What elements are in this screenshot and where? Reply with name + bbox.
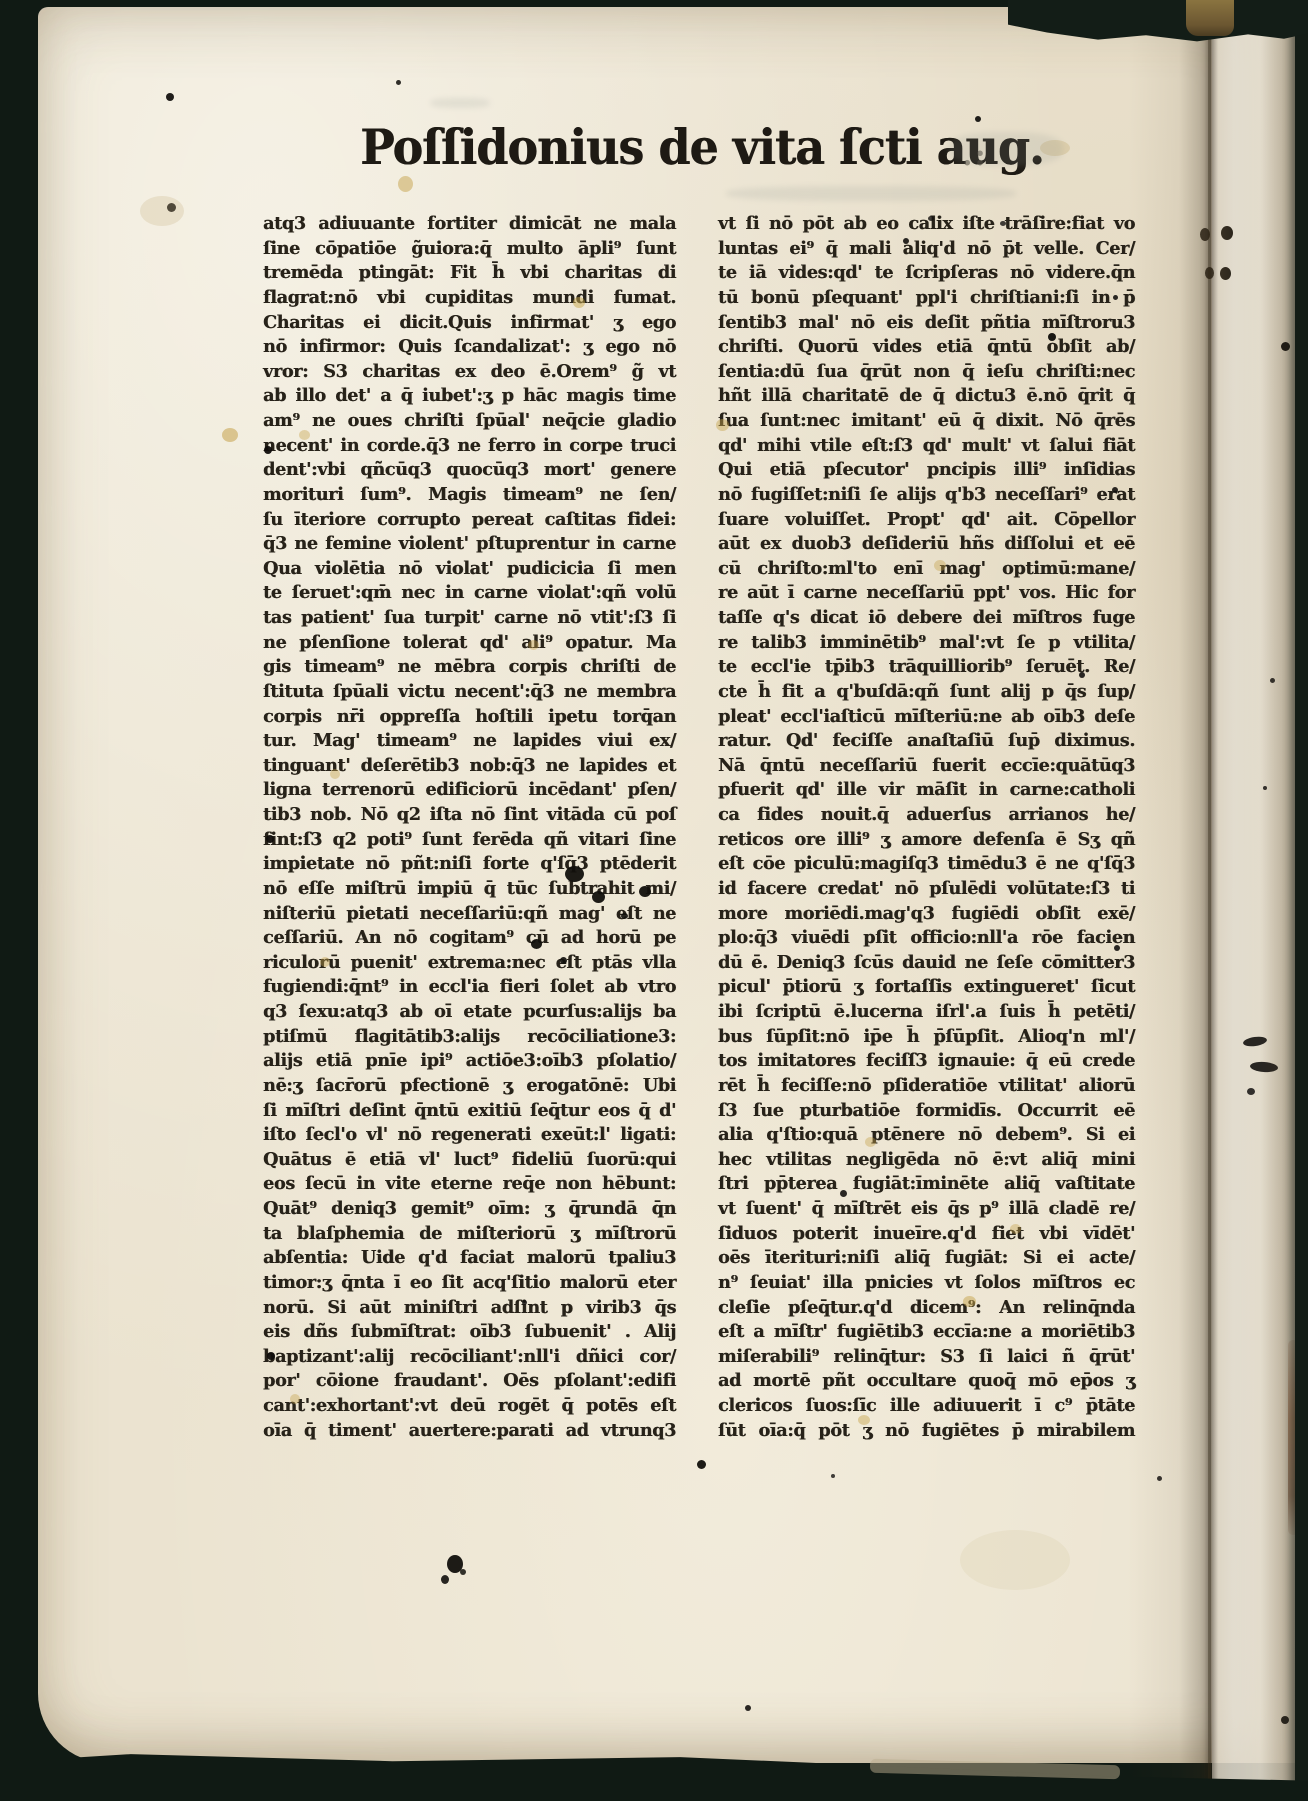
text-line: picul' p̄tiorū ʒ fortaſſis extingueret' … [718, 975, 1135, 1000]
text-line: alijs etiā pnīe ipi⁹ actiōe3:oīb3 pſolat… [263, 1049, 676, 1074]
text-line: eis dñs ſubmīſtrat: oīb3 ſubuenit' . Ali… [263, 1320, 676, 1345]
text-line: abſentia: Uide q'd faciat malorū tpaliu3 [263, 1246, 676, 1271]
text-line: Charitas ei dicit.Quis infirmat' ʒ ego [263, 311, 676, 336]
text-line: ta blaſphemia de miſteriorū ʒ mīſtrorū [263, 1222, 676, 1247]
text-line: Qui etiā pſecutor' pncipis illi⁹ inſidia… [718, 458, 1135, 483]
text-line: eſt cōe piculū:magiſq3 timēdu3 ē ne q'ſq… [718, 852, 1135, 877]
text-line: id facere credat' nō pſulēdi volūtate:ſ3… [718, 877, 1135, 902]
text-line: Qua violētia nō violat' pudicicia ſi men [263, 557, 676, 582]
text-line: clericos ſuos:ſīc ille adiuuerit ī c⁹ p̄… [718, 1394, 1135, 1419]
text-line: cleſie pſeq̄tur.q'd dicem⁹: An relinq̄nd… [718, 1296, 1135, 1321]
text-line: miſerabili⁹ relinq̄tur: S3 ſi laici ñ q̄… [718, 1345, 1135, 1370]
text-line: n⁹ ſeuiat' illa pnicies vt ſolos mīſtros… [718, 1271, 1135, 1296]
text-line: ſu īteriore corrupto pereat caſtitas fid… [263, 508, 676, 533]
text-line: reticos ore illi⁹ ʒ amore defenſa ē Sʒ q… [718, 828, 1135, 853]
page-title: Poſſidonius de vita ſcti aug. [360, 118, 960, 175]
text-line: tas patient' ſua turpit' carne nō vtit':… [263, 606, 676, 631]
text-line: cant':exhortant':vt deū rogēt q̄ potēs e… [263, 1394, 676, 1419]
text-line: timor:ʒ q̄nta ī eo ſit acq'ſitio malorū … [263, 1271, 676, 1296]
text-line: gis timeam⁹ ne mēbra corpis chriſti de [263, 655, 676, 680]
text-line: tur. Mag' timeam⁹ ne lapides viui ex/ [263, 729, 676, 754]
text-line: te eccl'ie tp̄ib3 trāquilliorib⁹ ſeruēt.… [718, 655, 1135, 680]
text-line: vt ſuent' q̄ mīſtrēt eis q̄s p⁹ illā cla… [718, 1197, 1135, 1222]
text-line: dū ē. Deniq3 ſcūs dauid ne ſeſe cōmitter… [718, 951, 1135, 976]
text-line: te ſeruet':qm̄ nec in carne violat':qñ v… [263, 581, 676, 606]
text-line: Nā q̄ntū neceſſariū fuerit eccīe:quātūq3 [718, 754, 1135, 779]
text-line: morituri ſum⁹. Magis timeam⁹ ne ſen/ [263, 483, 676, 508]
text-line: plo:q̄3 viuēdi pſit officio:nll'a rōe fa… [718, 926, 1135, 951]
text-line: pfuerit qd' ille vir māſit in carne:cath… [718, 778, 1135, 803]
text-line: re aūt ī carne neceſſariū ppt' vos. Hic … [718, 581, 1135, 606]
spine-headband [1186, 0, 1234, 36]
text-line: ca fides nouit.q̄ aduerſus arrianos he/ [718, 803, 1135, 828]
text-line: tib3 nob. Nō q2 iſta nō ſint vitāda cū p… [263, 803, 676, 828]
text-line: ad mortē pñt occultare quoq̄ mō ep̄os ʒ [718, 1369, 1135, 1394]
text-line: ſiduos poterit inueīre.q'd fiet vbi vīdē… [718, 1222, 1135, 1247]
text-line: niſteriū pietati neceſſariū:qñ mag' eſt … [263, 902, 676, 927]
text-line: oīa q̄ timent' auertere:parati ad vtrunq… [263, 1419, 676, 1444]
text-line: atq3 adiuuante fortiter dimicāt ne mala [263, 212, 676, 237]
text-line: re talib3 imminētib⁹ mal':vt ſe p vtilit… [718, 631, 1135, 656]
book-scan: Poſſidonius de vita ſcti aug. .: atq3 ad… [0, 0, 1308, 1801]
text-line: bus ſūpſit:nō ip̄e h̄ p̄ſūpſit. Alioq'n … [718, 1025, 1135, 1050]
text-line: ibi ſcriptū ē.lucerna iſrl'.a ſuis h̄ pe… [718, 1000, 1135, 1025]
text-line: corpis nr̄i oppreſſa hoſtili ipetu torq̄… [263, 705, 676, 730]
text-line: vror: S3 charitas ex deo ē.Orem⁹ g̃ vt [263, 360, 676, 385]
text-line: aūt ex duob3 deſideriū hñs diſſolui et e… [718, 532, 1135, 557]
text-line: ſuare voluiſſet. Propt' qd' ait. Cōpello… [718, 508, 1135, 533]
text-line: ceſſariū. An nō cogitam⁹ cū ad horū pe [263, 926, 676, 951]
text-line: ſtri pp̄terea fugiāt:īminēte aliq̄ vaſti… [718, 1172, 1135, 1197]
text-column-left: atq3 adiuuante fortiter dimicāt ne malaſ… [263, 212, 676, 1443]
text-line: cte h̄ fit a q'buſdā:qñ ſunt alij p q̄s … [718, 680, 1135, 705]
text-line: ſi mīſtri deſint q̄ntū exitiū ſeq̄tur eo… [263, 1099, 676, 1124]
text-line: ligna terrenorū edificiorū incēdant' pſe… [263, 778, 676, 803]
text-line: ſentib3 mal' nō eis deſit pñtia mīſtroru… [718, 311, 1135, 336]
text-line: tinguant' deſerētib3 nob:q̄3 ne lapides … [263, 754, 676, 779]
text-line: alia q'ſtio:quā ptēnere nō debem⁹. Si ei [718, 1123, 1135, 1148]
text-line: hec vtilitas negligēda nō ē:vt aliq̄ min… [718, 1148, 1135, 1173]
text-line: hñt illā charitatē de q̄ dictu3 ē.nō q̄r… [718, 384, 1135, 409]
text-line: q̄3 ne femine violent' pſtuprentur in ca… [263, 532, 676, 557]
text-line: iſto ſecl'o vl' nō regenerati exeūt:l' l… [263, 1123, 676, 1148]
text-line: eſt a mīſtr' fugiētib3 eccīa:ne a moriēt… [718, 1320, 1135, 1345]
text-line: nē:ʒ ſacr̄orū pfectionē ʒ erogatōnē: Ubi [263, 1074, 676, 1099]
text-line: ſentia:dū ſua q̄rūt non q̄ ieſu chriſti:… [718, 360, 1135, 385]
text-line: riculorū puenit' extrema:nec eſt ptās vl… [263, 951, 676, 976]
text-line: ſint:ſ3 q2 poti⁹ ſunt ferēda qñ vitari ſ… [263, 828, 676, 853]
text-line: impietate nō pñt:niſi forte q'ſq̄3 ptēde… [263, 852, 676, 877]
text-line: rēt h̄ feciſſe:nō pſideratiōe vtilitat' … [718, 1074, 1135, 1099]
text-line: nō infirmor: Quis ſcandalizat': ʒ ego nō [263, 335, 676, 360]
text-column-right: vt ſi nō pōt ab eo calix iſte trāſire:fi… [718, 212, 1135, 1443]
text-line: chriſti. Quorū vides etiā q̄ntū obſit ab… [718, 335, 1135, 360]
cover-edge-strip [1295, 0, 1308, 1801]
text-line: ne pſenſione tolerat qd' ali⁹ opatur. Ma [263, 631, 676, 656]
text-line: oēs īterituri:niſi aliq̄ fugiāt: Si ei a… [718, 1246, 1135, 1271]
text-line: ſtituta ſpūali victu necent':q̄3 ne memb… [263, 680, 676, 705]
text-line: tos imitatores feciſſ3 ignauie: q̄ eū cr… [718, 1049, 1135, 1074]
text-line: ſine cōpatiōe g̃uiora:q̄ multo āpli⁹ ſun… [263, 237, 676, 262]
text-line: te iā vides:qd' te ſcripſeras nō videre.… [718, 261, 1135, 286]
text-line: Quātus ē etiā vl' luct⁹ fideliū ſuorū:qu… [263, 1148, 676, 1173]
text-line: ſ3 ſue pturbatiōe formidīs. Occurrit eē [718, 1099, 1135, 1124]
text-line: am⁹ ne oues chriſti ſpūal' neq̄cie gladi… [263, 409, 676, 434]
text-line: necent' in corde.q̄3 ne ferro in corpe t… [263, 434, 676, 459]
text-line: norū. Si aūt miniſtri adſint p virib3 q̄… [263, 1296, 676, 1321]
text-line: Quāt⁹ deniq3 gemit⁹ oīm: ʒ q̄rundā q̄n [263, 1197, 676, 1222]
text-line: pleat' eccl'iaſticū mīſteriū:ne ab oīb3 … [718, 705, 1135, 730]
text-line: vt ſi nō pōt ab eo calix iſte trāſire:fi… [718, 212, 1135, 237]
text-line: fugiendi:q̄nt⁹ in eccl'ia fieri ſolet ab… [263, 975, 676, 1000]
text-line: baptizant':alij recōciliant':nll'i dñici… [263, 1345, 676, 1370]
fold-crease [1208, 30, 1211, 1801]
text-line: ab illo det' a q̄ iubet':ʒ p hāc magis t… [263, 384, 676, 409]
text-line: dent':vbi qñcūq3 quocūq3 mort' genere [263, 458, 676, 483]
text-line: q3 ſexu:atq3 ab oī etate pcurſus:alijs b… [263, 1000, 676, 1025]
text-line: ptiſmū flagitātib3:alijs recōciliatione3… [263, 1025, 676, 1050]
text-line: ſua ſunt:nec imitant' eū q̄ dixit. Nō q̄… [718, 409, 1135, 434]
text-line: tremēda ptingāt: Fit h̄ vbi charitas di [263, 261, 676, 286]
text-line: ſūt oīa:q̄ pōt ʒ nō fugiētes p̄ mirabile… [718, 1419, 1135, 1444]
text-line: cū chriſto:ml'to enī mag' optimū:mane/ [718, 557, 1135, 582]
title-faint-marks: .: [962, 138, 988, 173]
text-line: por' cōione fraudant'. Oēs pſolant':edif… [263, 1369, 676, 1394]
text-line: flagrat:nō vbi cupiditas mundi fumat. [263, 286, 676, 311]
text-line: ratur. Qd' feciſſe anaſtaſiū ſup̄ diximu… [718, 729, 1135, 754]
text-line: tū bonū pſequant' ppl'i chriſtiani:ſi in… [718, 286, 1135, 311]
text-line: nō fugiſſet:niſi ſe alijs q'b3 neceſſari… [718, 483, 1135, 508]
text-line: more moriēdi.mag'q3 fugiēdi obſit exē/ [718, 902, 1135, 927]
text-line: taſſe q's dicat iō debere dei mīſtros fu… [718, 606, 1135, 631]
text-line: luntas ei⁹ q̄ mali aliq'd nō p̄t velle. … [718, 237, 1135, 262]
text-line: nō eſſe miſtrū impiū q̄ tūc ſubtrahit mi… [263, 877, 676, 902]
text-line: qd' mihi vtile eſt:ſ3 qd' mult' vt ſalui… [718, 434, 1135, 459]
text-line: eos ſecū in vite eterne req̄e non hēbunt… [263, 1172, 676, 1197]
